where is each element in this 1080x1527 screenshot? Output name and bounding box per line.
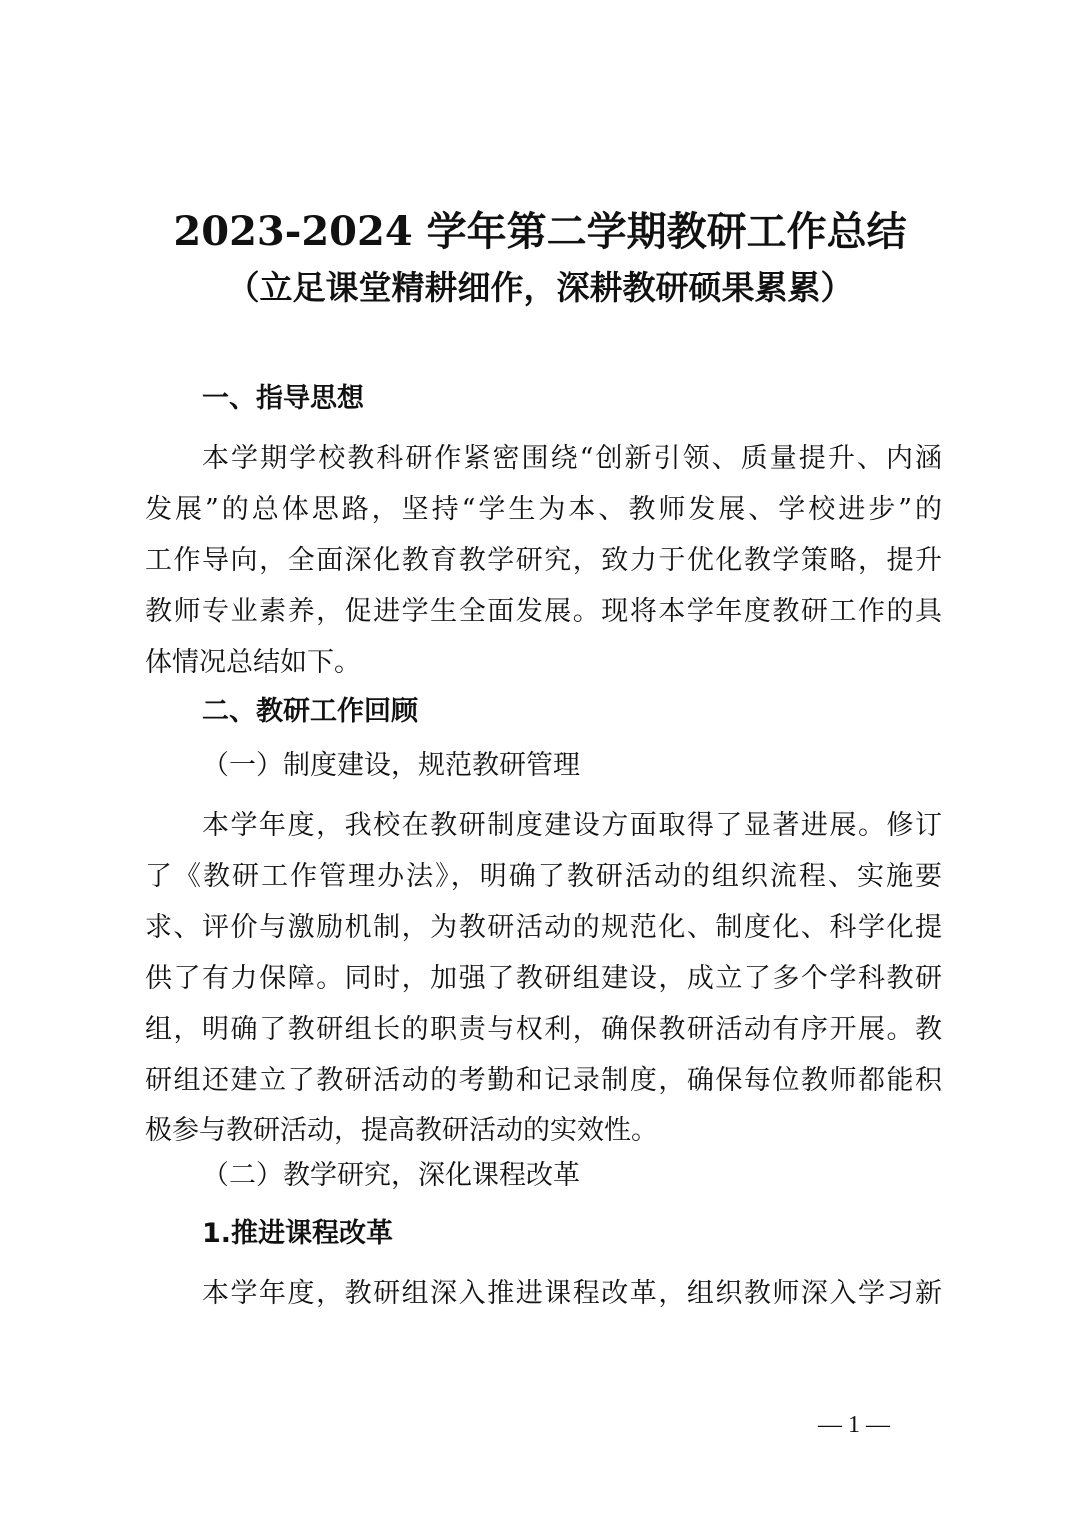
paragraph-line: 了《教研工作管理办法》，明确了教研活动的组织流程、实施要	[145, 854, 942, 893]
paragraph-line: 供了有力保障。同时，加强了教研组建设，成立了多个学科教研	[145, 956, 942, 995]
paragraph-line: 本学年度，我校在教研制度建设方面取得了显著进展。修订	[202, 803, 942, 842]
paragraph-line: 体情况总结如下。	[145, 640, 361, 679]
paragraph-line: 本学年度，教研组深入推进课程改革，组织教师深入学习新	[202, 1271, 942, 1310]
paragraph-line: 本学期学校教科研作紧密围绕“创新引领、质量提升、内涵	[202, 436, 942, 475]
subsection-heading-teaching-research: （二）教学研究，深化课程改革	[202, 1153, 580, 1192]
document-subtitle: （立足课堂精耕细作，深耕教研硕果累累）	[0, 262, 1080, 309]
item-heading-curriculum-reform: 1.推进课程改革	[202, 1211, 393, 1250]
document-title: 2023-2024 学年第二学期教研工作总结	[0, 200, 1080, 257]
paragraph-line: 求、评价与激励机制，为教研活动的规范化、制度化、科学化提	[145, 905, 942, 944]
subsection-heading-system: （一）制度建设，规范教研管理	[202, 743, 580, 782]
paragraph-line: 发展”的总体思路，坚持“学生为本、教师发展、学校进步”的	[145, 487, 942, 526]
paragraph-line: 教师专业素养，促进学生全面发展。现将本学年度教研工作的具	[145, 589, 942, 628]
section-heading-review: 二、教研工作回顾	[202, 689, 418, 728]
paragraph-line: 工作导向，全面深化教育教学研究，致力于优化教学策略，提升	[145, 538, 942, 577]
section-heading-guiding-thought: 一、指导思想	[202, 376, 364, 415]
paragraph-line: 极参与教研活动，提高教研活动的实效性。	[145, 1108, 658, 1147]
paragraph-line: 研组还建立了教研活动的考勤和记录制度，确保每位教师都能积	[145, 1058, 942, 1097]
paragraph-line: 组，明确了教研组长的职责与权利，确保教研活动有序开展。教	[145, 1007, 942, 1046]
page-number: — 1 —	[818, 1412, 890, 1439]
